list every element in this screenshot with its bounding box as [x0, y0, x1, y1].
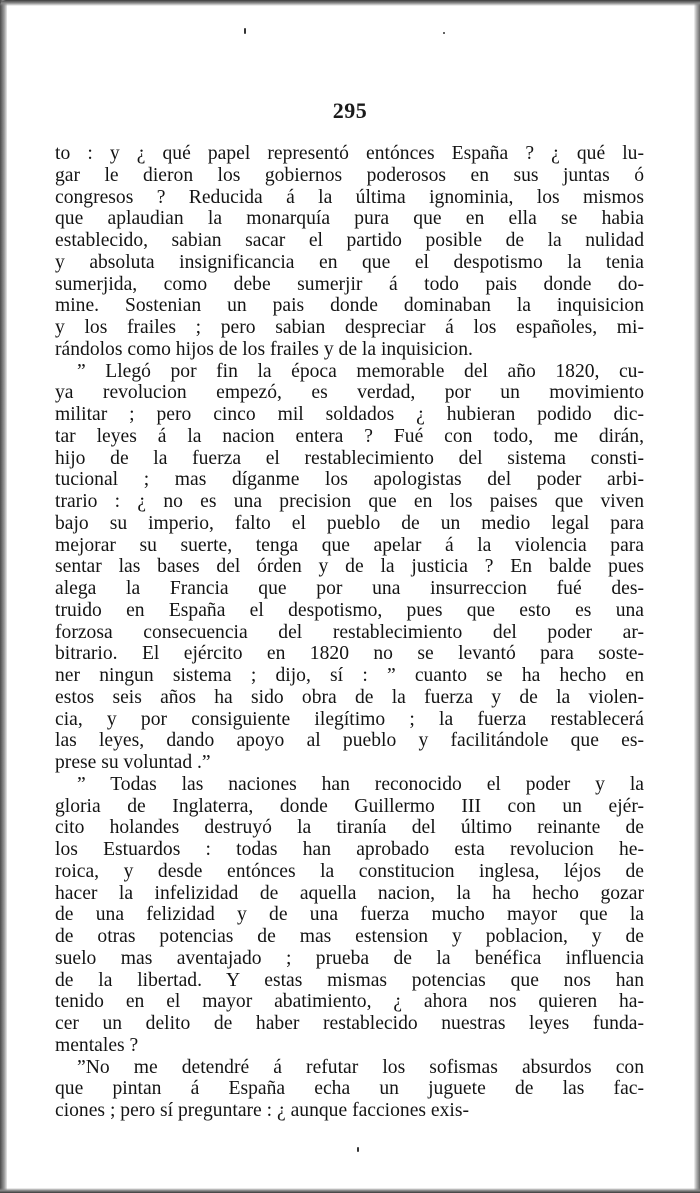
text-line: ner ningun sistema ; dijo, sí : ” cuanto…: [55, 665, 644, 687]
body-text: to : y ¿ qué papel representó entónces E…: [55, 143, 644, 1122]
text-line: de otras potencias de mas estension y po…: [55, 926, 644, 948]
page-edge-right: [694, 0, 700, 1193]
text-line: to : y ¿ qué papel representó entónces E…: [55, 143, 644, 165]
text-line: gar le dieron los gobiernos poderosos en…: [55, 165, 644, 187]
text-line: mejorar su suerte, tenga que apelar á la…: [55, 535, 644, 557]
text-line: establecido, sabian sacar el partido pos…: [55, 230, 644, 252]
text-line: rándolos como hijos de los frailes y de …: [55, 339, 644, 361]
text-line: hijo de la fuerza el restablecimiento de…: [55, 448, 644, 470]
paragraph: to : y ¿ qué papel representó entónces E…: [55, 143, 644, 361]
text-line: hacer la infelizidad de aquella nacion, …: [55, 883, 644, 905]
text-line: estos seis años ha sido obra de la fuerz…: [55, 687, 644, 709]
scan-speck: [443, 32, 445, 34]
text-line: que aplaudian la monarquía pura que en e…: [55, 208, 644, 230]
text-line: gloria de Inglaterra, donde Guillermo II…: [55, 796, 644, 818]
text-line: ya revolucion empezó, es verdad, por un …: [55, 382, 644, 404]
text-line: ” Todas las naciones han reconocido el p…: [55, 774, 644, 796]
text-line: cer un delito de haber restablecido nues…: [55, 1013, 644, 1035]
text-line: sumerjida, como debe sumerjir á todo pai…: [55, 274, 644, 296]
scan-speck: [357, 1147, 359, 1152]
text-line: y absoluta insignificancia en que el des…: [55, 252, 644, 274]
text-line: suelo mas aventajado ; prueba de la bené…: [55, 948, 644, 970]
text-line: roica, y desde entónces la constitucion …: [55, 861, 644, 883]
text-line: que pintan á España echa un juguete de l…: [55, 1078, 644, 1100]
text-line: tenido en el mayor abatimiento, ¿ ahora …: [55, 991, 644, 1013]
page-number: 295: [0, 98, 700, 124]
scan-speck: [244, 28, 246, 34]
text-line: cia, y por consiguiente ilegítimo ; la f…: [55, 709, 644, 731]
text-line: ”No me detendré á refutar los sofismas a…: [55, 1057, 644, 1079]
paragraph: ”No me detendré á refutar los sofismas a…: [55, 1057, 644, 1122]
text-line: mentales ?: [55, 1035, 644, 1057]
text-line: forzosa consecuencia del restablecimient…: [55, 622, 644, 644]
text-line: los Estuardos : todas han aprobado esta …: [55, 839, 644, 861]
page-edge-top: [0, 0, 700, 6]
text-line: tucional ; mas díganme los apologistas d…: [55, 469, 644, 491]
text-line: tar leyes á la nacion entera ? Fué con t…: [55, 426, 644, 448]
text-line: cito holandes destruyó la tiranía del úl…: [55, 817, 644, 839]
text-line: sentar las bases del órden y de la justi…: [55, 556, 644, 578]
text-line: truido en España el despotismo, pues que…: [55, 600, 644, 622]
text-line: alega la Francia que por una insurreccio…: [55, 578, 644, 600]
scanned-book-page: 295 to : y ¿ qué papel representó entónc…: [0, 0, 700, 1193]
text-line: mine. Sostenian un pais donde dominaban …: [55, 295, 644, 317]
paragraph: ” Todas las naciones han reconocido el p…: [55, 774, 644, 1057]
text-line: las leyes, dando apoyo al pueblo y facil…: [55, 730, 644, 752]
text-line: prese su voluntad .”: [55, 752, 644, 774]
text-line: congresos ? Reducida á la última ignomin…: [55, 187, 644, 209]
text-line: y los frailes ; pero sabian despreciar á…: [55, 317, 644, 339]
text-line: de una felizidad y de una fuerza mucho m…: [55, 904, 644, 926]
text-line: trario : ¿ no es una precision que en lo…: [55, 491, 644, 513]
text-line: ciones ; pero sí preguntare : ¿ aunque f…: [55, 1100, 644, 1122]
page-binding-edge-left: [0, 0, 7, 1193]
page-edge-bottom: [0, 1188, 700, 1193]
text-line: bitrario. El ejército en 1820 no se leva…: [55, 643, 644, 665]
text-line: ” Llegó por fin la época memorable del a…: [55, 361, 644, 383]
text-line: militar ; pero cinco mil soldados ¿ hubi…: [55, 404, 644, 426]
text-line: bajo su imperio, falto el pueblo de un m…: [55, 513, 644, 535]
text-line: de la libertad. Y estas mismas potencias…: [55, 970, 644, 992]
paragraph: ” Llegó por fin la época memorable del a…: [55, 361, 644, 774]
